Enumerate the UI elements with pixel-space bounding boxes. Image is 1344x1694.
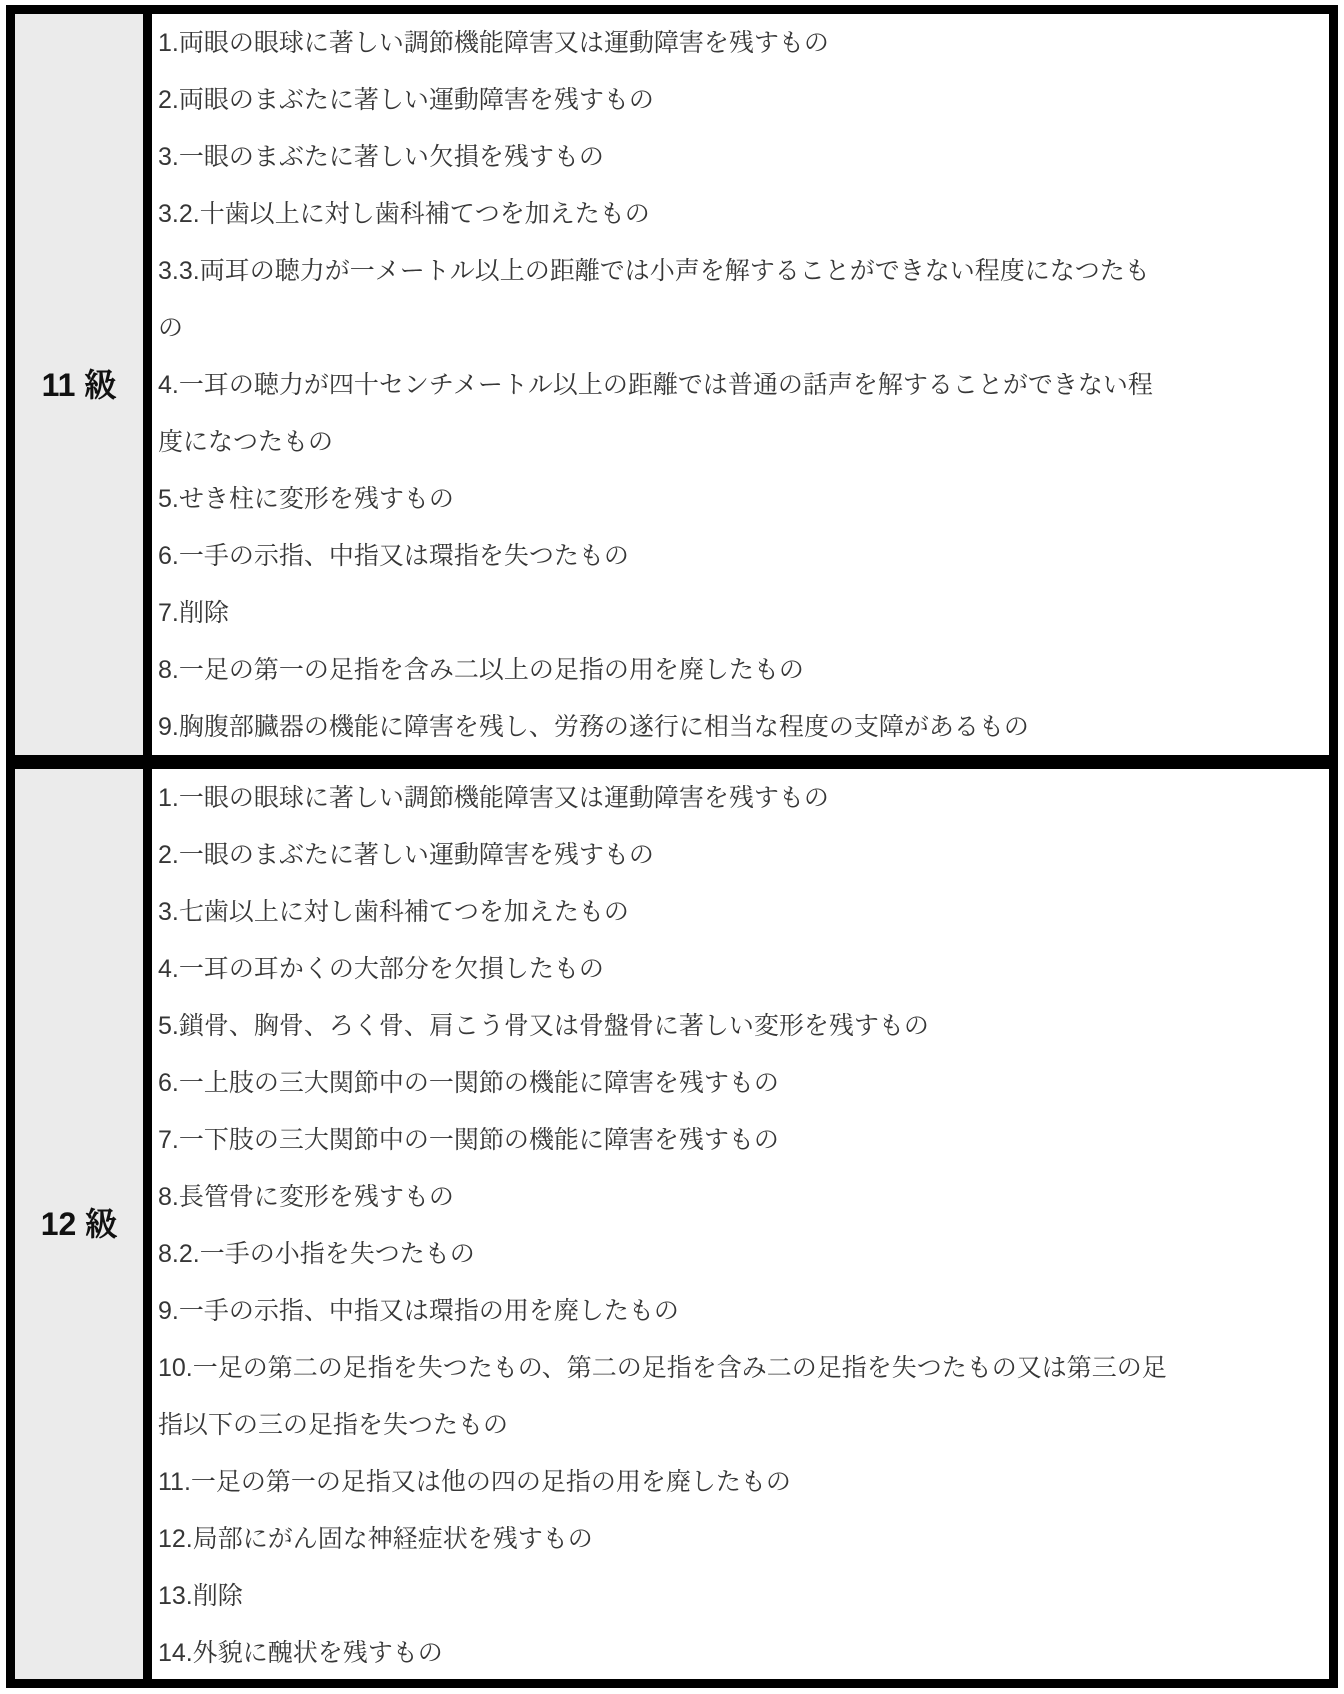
grade-cell-11: 11 級 (15, 14, 152, 755)
grade-item: 5.せき柱に変形を残すもの (158, 471, 1171, 528)
grade-item: 12.局部にがん固な神経症状を残すもの (158, 1511, 1171, 1568)
grade-item: 11.一足の第一の足指又は他の四の足指の用を廃したもの (158, 1454, 1171, 1511)
grade-item: 3.3.両耳の聴力が一メートル以上の距離では小声を解することができない程度になつ… (158, 243, 1171, 357)
table-row-grade-12: 12 級 1.一眼の眼球に著しい調節機能障害又は運動障害を残すもの 2.一眼のま… (15, 755, 1329, 1679)
grade-item: 3.七歯以上に対し歯科補てつを加えたもの (158, 884, 1171, 941)
grade-item: 2.一眼のまぶたに著しい運動障害を残すもの (158, 827, 1171, 884)
disability-grade-table: 11 級 1.両眼の眼球に著しい調節機能障害又は運動障害を残すもの 2.両眼のま… (6, 5, 1338, 1688)
grade-item: 9.一手の示指、中指又は環指の用を廃したもの (158, 1283, 1171, 1340)
grade-items-cell-12: 1.一眼の眼球に著しい調節機能障害又は運動障害を残すもの 2.一眼のまぶたに著し… (152, 769, 1329, 1679)
grade-item: 10.一足の第二の足指を失つたもの、第二の足指を含み二の足指を失つたもの又は第三… (158, 1340, 1171, 1454)
grade-item: 6.一上肢の三大関節中の一関節の機能に障害を残すもの (158, 1055, 1171, 1112)
grade-label-12: 12 級 (41, 1208, 118, 1240)
grade-item: 7.削除 (158, 585, 1171, 642)
grade-item: 5.鎖骨、胸骨、ろく骨、肩こう骨又は骨盤骨に著しい変形を残すもの (158, 998, 1171, 1055)
grade-item: 3.2.十歯以上に対し歯科補てつを加えたもの (158, 186, 1171, 243)
grade-item: 2.両眼のまぶたに著しい運動障害を残すもの (158, 72, 1171, 129)
grade-item: 4.一耳の耳かくの大部分を欠損したもの (158, 941, 1171, 998)
grade-item: 13.削除 (158, 1568, 1171, 1625)
grade-item: 8.2.一手の小指を失つたもの (158, 1226, 1171, 1283)
table-row-grade-11: 11 級 1.両眼の眼球に著しい調節機能障害又は運動障害を残すもの 2.両眼のま… (15, 14, 1329, 755)
grade-label-11: 11 級 (42, 369, 117, 401)
grade-item: 8.一足の第一の足指を含み二以上の足指の用を廃したもの (158, 642, 1171, 699)
grade-item: 4.一耳の聴力が四十センチメートル以上の距離では普通の話声を解することができない… (158, 357, 1171, 471)
grade-item: 8.長管骨に変形を残すもの (158, 1169, 1171, 1226)
page: 11 級 1.両眼の眼球に著しい調節機能障害又は運動障害を残すもの 2.両眼のま… (0, 0, 1344, 1694)
grade-item: 3.一眼のまぶたに著しい欠損を残すもの (158, 129, 1171, 186)
grade-item: 1.一眼の眼球に著しい調節機能障害又は運動障害を残すもの (158, 770, 1171, 827)
grade-item: 6.一手の示指、中指又は環指を失つたもの (158, 528, 1171, 585)
grade-item: 1.両眼の眼球に著しい調節機能障害又は運動障害を残すもの (158, 15, 1171, 72)
grade-item: 9.胸腹部臓器の機能に障害を残し、労務の遂行に相当な程度の支障があるもの (158, 699, 1171, 755)
grade-items-cell-11: 1.両眼の眼球に著しい調節機能障害又は運動障害を残すもの 2.両眼のまぶたに著し… (152, 14, 1329, 755)
grade-item: 7.一下肢の三大関節中の一関節の機能に障害を残すもの (158, 1112, 1171, 1169)
grade-item: 14.外貌に醜状を残すもの (158, 1625, 1171, 1679)
grade-cell-12: 12 級 (15, 769, 152, 1679)
